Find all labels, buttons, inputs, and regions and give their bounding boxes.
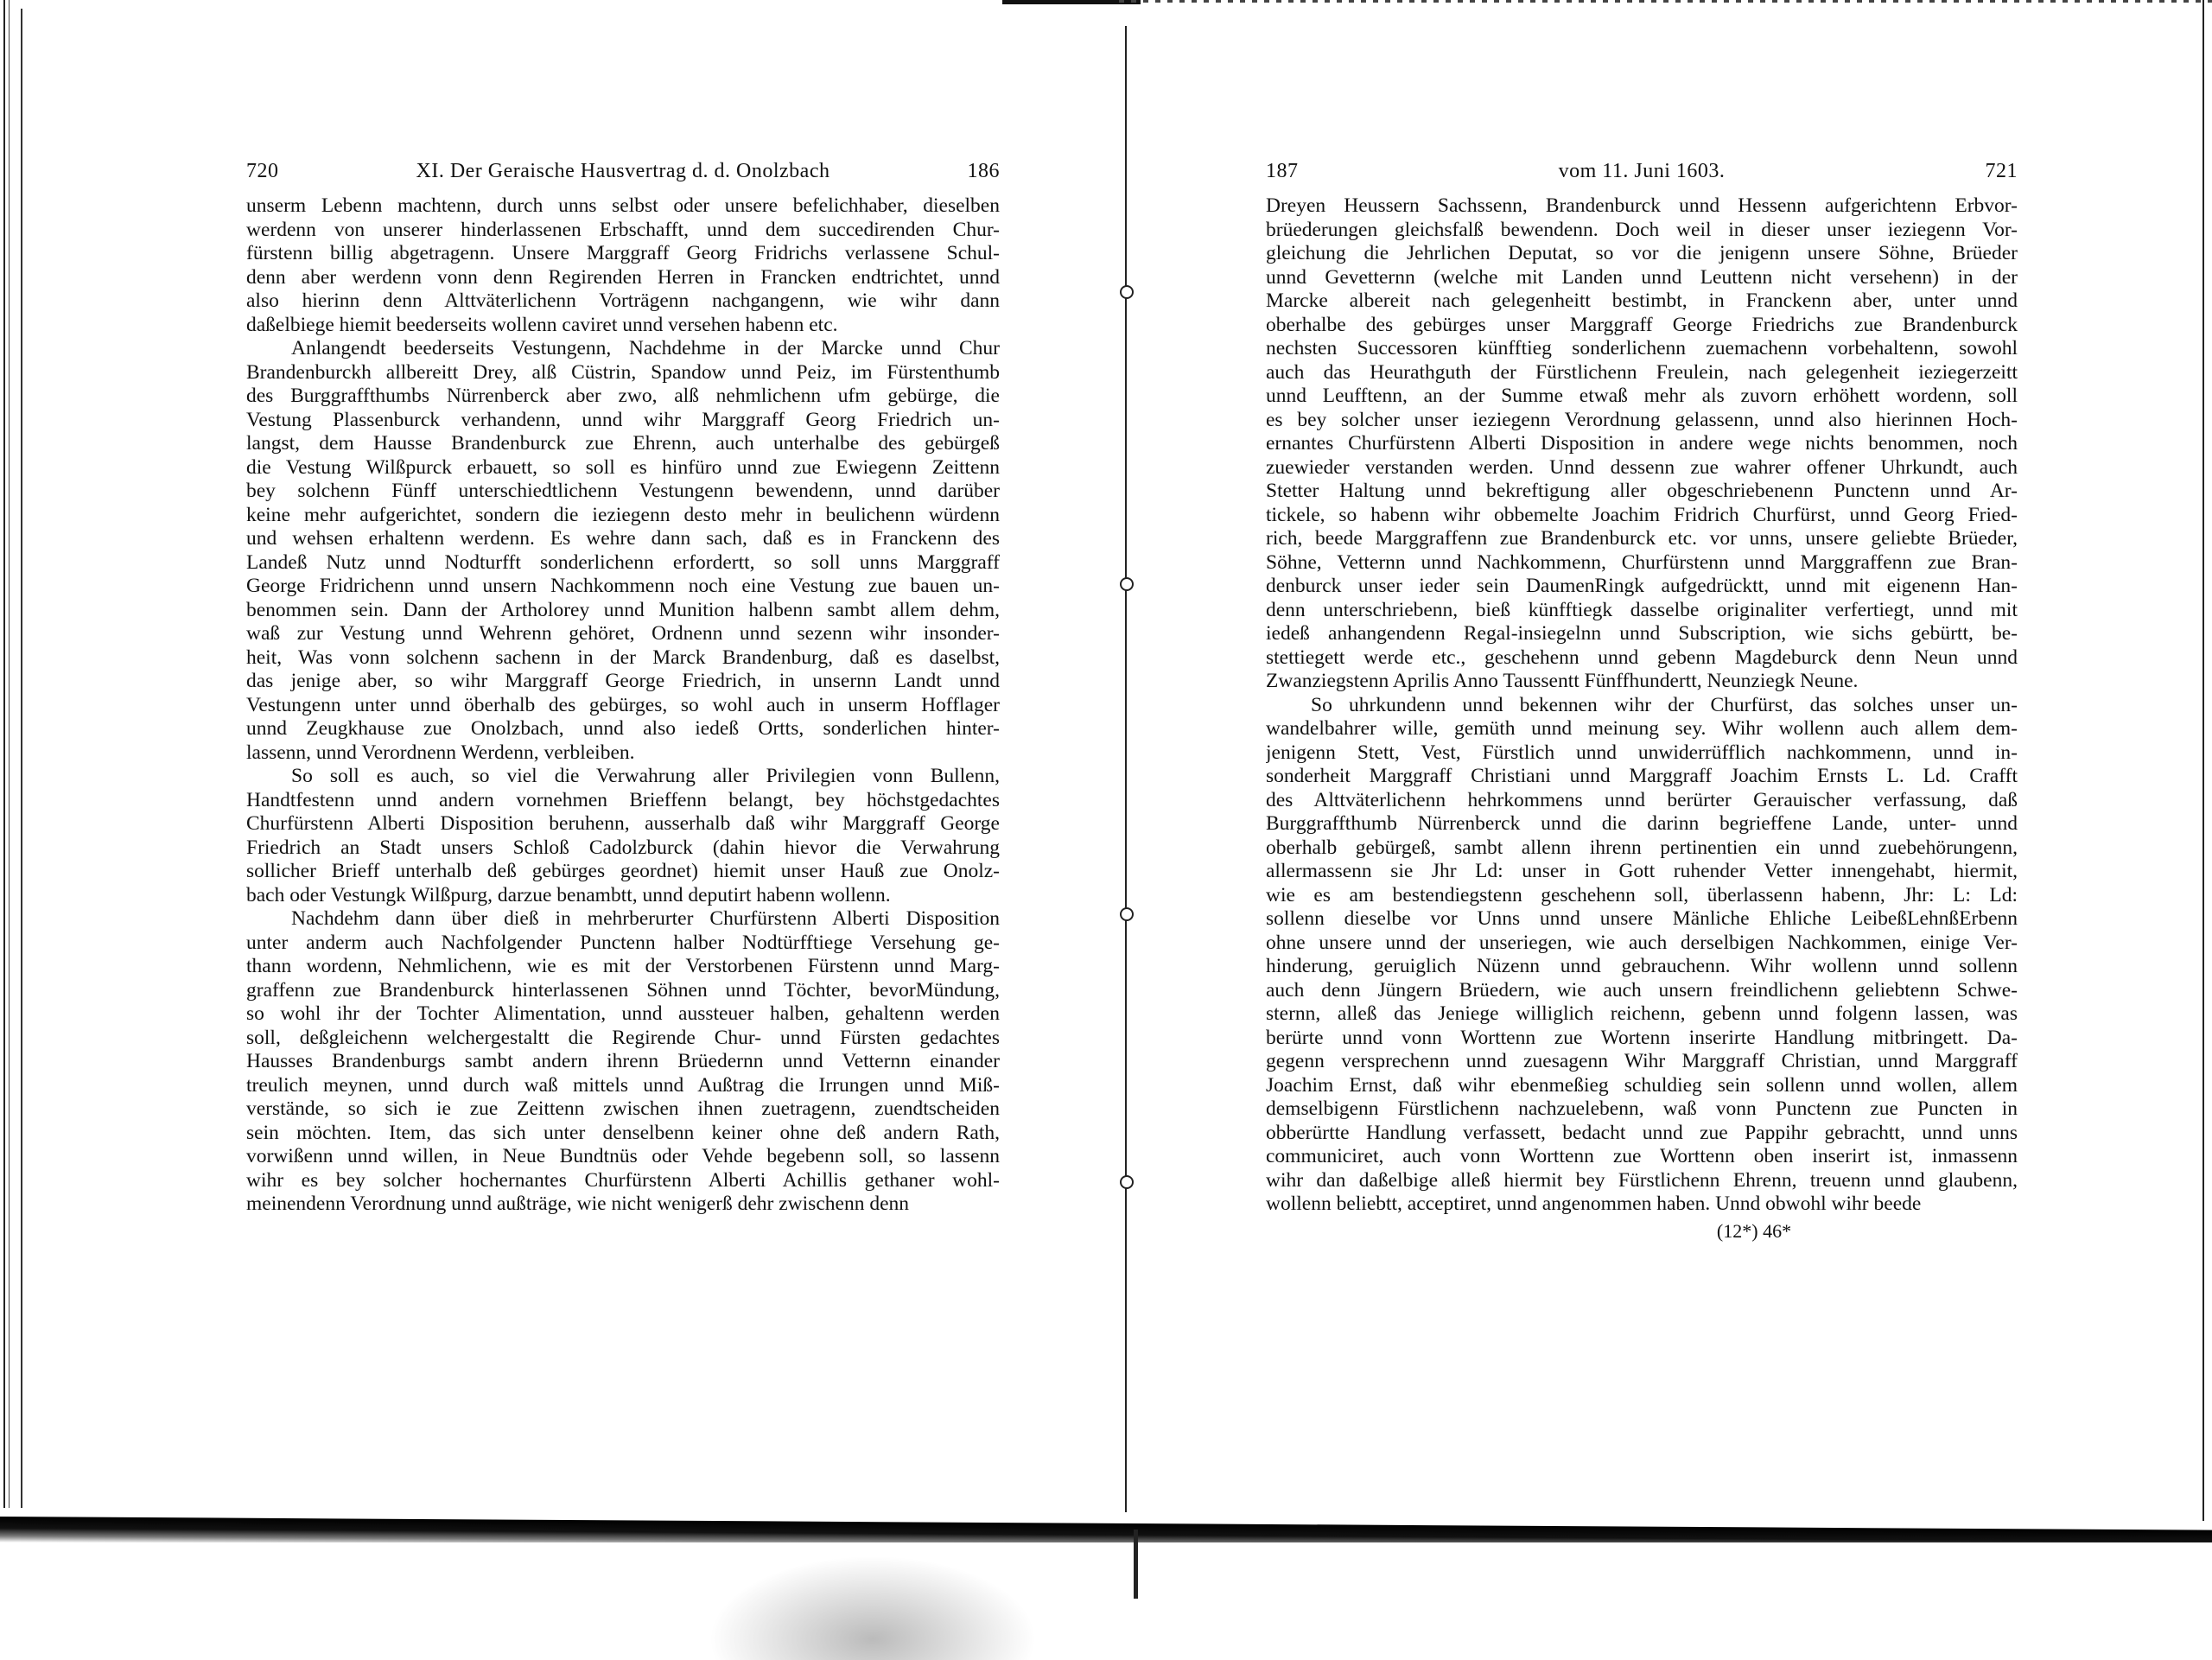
text-line: die Vestung Wilßpurck erbauett, so soll … (246, 456, 1000, 480)
text-line: benommen sein. Dann der Artholorey unnd … (246, 599, 1000, 623)
text-line: oberhalbe des gebürges unser Marggraff G… (1266, 314, 2018, 338)
text-line: und wehsen erhaltenn werdenn. Es wehre d… (246, 527, 1000, 551)
text-line: Friedrich an Stadt unsers Schloß Cadolzb… (246, 836, 1000, 861)
text-line: obberürtte Handlung verfassett, bedacht … (1266, 1122, 2018, 1146)
text-line: treulich meynen, unnd durch waß mittels … (246, 1074, 1000, 1098)
text-line: also hierinn denn Alttväterlichenn Vortr… (246, 289, 1000, 314)
text-line: unnd Zeugkhause zue Onolzbach, unnd also… (246, 717, 1000, 741)
text-line: wandelbahrer wille, gemüth unnd meinung … (1266, 717, 2018, 741)
text-line: sollenn dieselbe vor Unns unnd unsere Mä… (1266, 907, 2018, 932)
text-line: auch denn Jüngern Brüedern, wie auch uns… (1266, 979, 2018, 1003)
paragraph: So uhrkundenn unnd bekennen wihr der Chu… (1266, 694, 2018, 1217)
text-line: communiciret, auch vonn Worttenn zue Wor… (1266, 1145, 2018, 1169)
text-line: Nachdehm dann über dieß in mehrberurter … (246, 907, 1000, 932)
text-line: Stetter Haltung unnd bekreftigung aller … (1266, 480, 2018, 504)
binding-thread-icon (1120, 577, 1134, 591)
scan-background (0, 1542, 2212, 1660)
original-page-number: 186 (968, 160, 1001, 183)
text-line: Dreyen Heussern Sachssenn, Brandenburck … (1266, 194, 2018, 219)
left-running-head: 720 XI. Der Geraische Hausvertrag d. d. … (246, 160, 1000, 194)
text-line: so wohl ihr der Tochter Alimentation, un… (246, 1002, 1000, 1027)
scan-left-edge-inner (21, 9, 22, 1508)
text-line: unserm Lebenn machtenn, durch unns selbs… (246, 194, 1000, 219)
text-line: wie es am bestendiegstenn geschehenn sol… (1266, 884, 2018, 908)
text-line: unter anderm auch Nachfolgender Punctenn… (246, 932, 1000, 956)
scan-smudge (709, 1555, 1037, 1660)
text-line: George Fridrichenn unnd unsern Nachkomme… (246, 575, 1000, 599)
text-line: auch das Heurathguth der Fürstlichenn Fr… (1266, 361, 2018, 385)
text-line: jenigenn Stett, Vest, Fürstlich unnd unw… (1266, 741, 2018, 766)
text-line: gleichung die Jehrlichen Deputat, so vor… (1266, 242, 2018, 266)
left-body-text: unserm Lebenn machtenn, durch unns selbs… (246, 194, 1000, 1217)
text-line: Churfürstenn Alberti Disposition beruhen… (246, 812, 1000, 836)
text-line: daßelbiege hiemit beederseits wollenn ca… (246, 314, 1000, 338)
book-gutter (1125, 26, 1127, 1512)
binding-thread-icon (1120, 285, 1134, 299)
text-line: graffenn zue Brandenburck hinterlassenen… (246, 979, 1000, 1003)
text-line: iedeß anhangendenn Regal-insiegelnn unnd… (1266, 622, 2018, 646)
text-line: meinendenn Verordnung unnd außträge, wie… (246, 1193, 1000, 1217)
text-line: sternn, alleß das Jeniege williglich rei… (1266, 1002, 2018, 1027)
text-line: brüederungen gleichsfalß bewendenn. Doch… (1266, 219, 2018, 243)
text-line: bey solchenn Fünff unterschiedtlichenn V… (246, 480, 1000, 504)
text-line: langst, dem Hausse Brandenburck zue Ehre… (246, 432, 1000, 456)
text-line: thann wordenn, Nehmlichenn, wie es mit d… (246, 955, 1000, 979)
text-line: Joachim Ernst, daß wihr ebenmeßieg schul… (1266, 1074, 2018, 1098)
text-line: So soll es auch, so viel die Verwahrung … (246, 765, 1000, 789)
text-line: werdenn von unserer hinderlassenen Erbsc… (246, 219, 1000, 243)
signature-mark: (12*) 46* (1266, 1220, 2018, 1243)
right-page: 187 vom 11. Juni 1603. 721 Dreyen Heusse… (1266, 160, 2018, 1243)
text-line: allermassenn sie Jhr Ld: unser in Gott r… (1266, 860, 2018, 884)
text-line: demselbigenn Fürstlichenn nachzuelebenn,… (1266, 1097, 2018, 1122)
text-line: sein möchten. Item, das sich unter dense… (246, 1122, 1000, 1146)
text-line: soll, deßgleichenn welchergestaltt die R… (246, 1027, 1000, 1051)
text-line: waß zur Vestung unnd Wehrenn gehöret, Or… (246, 622, 1000, 646)
right-body-text: Dreyen Heussern Sachssenn, Brandenburck … (1266, 194, 2018, 1217)
text-line: das jenige aber, so wihr Marggraff Georg… (246, 670, 1000, 694)
text-line: So uhrkundenn unnd bekennen wihr der Chu… (1266, 694, 2018, 718)
text-line: lassenn, unnd Verordnenn Werdenn, verble… (246, 741, 1000, 766)
text-line: Handtfestenn unnd andern vornehmen Brief… (246, 789, 1000, 813)
text-line: des Burggraffthumbs Nürrenberck aber zwo… (246, 385, 1000, 409)
left-page: 720 XI. Der Geraische Hausvertrag d. d. … (246, 160, 1000, 1217)
text-line: hinderung, geruiglich Nüzenn unnd gebrau… (1266, 955, 2018, 979)
text-line: unnd Leufftenn, an der Summe etwaß mehr … (1266, 385, 2018, 409)
spine-tail (1134, 1530, 1138, 1599)
text-line: unnd Gevetternn (welche mit Landen unnd … (1266, 266, 2018, 290)
paragraph: Anlangendt beederseits Vestungenn, Nachd… (246, 337, 1000, 765)
text-line: Zwanziegstenn Aprilis Anno Taussentt Fün… (1266, 670, 2018, 694)
text-line: fürstenn billig abgetragenn. Unsere Marg… (246, 242, 1000, 266)
text-line: es bey solcher unser ieziegenn Verordnun… (1266, 409, 2018, 433)
text-line: denburck unser ieder sein DaumenRingk au… (1266, 575, 2018, 599)
paragraph: So soll es auch, so viel die Verwahrung … (246, 765, 1000, 907)
text-line: wollenn beliebtt, acceptiret, unnd angen… (1266, 1193, 2018, 1217)
text-line: des Alttväterlichenn hehrkommens unnd be… (1266, 789, 2018, 813)
scan-left-edge (3, 0, 10, 1508)
running-title: vom 11. Juni 1603. (1266, 160, 2018, 183)
text-line: ohne unsere unnd der unseriegen, wie auc… (1266, 932, 2018, 956)
binding-thread-icon (1120, 1175, 1134, 1189)
scan-top-edge-right (1119, 0, 2212, 3)
text-line: Burggraffthumb Nürrenberck unnd die dari… (1266, 812, 2018, 836)
text-line: wihr dan daßelbige alleß hiermit bey Für… (1266, 1169, 2018, 1193)
text-line: Vestung Plassenburck verhandenn, unnd wi… (246, 409, 1000, 433)
page-number: 721 (1986, 160, 2018, 183)
text-line: zuewieder verstanden werden. Unnd dessen… (1266, 456, 2018, 480)
text-line: Söhne, Vetternn unnd Nachkommenn, Churfü… (1266, 551, 2018, 576)
text-line: gegenn versprechenn unnd zuesagenn Wihr … (1266, 1050, 2018, 1074)
right-running-head: 187 vom 11. Juni 1603. 721 (1266, 160, 2018, 194)
text-line: Hausses Brandenburgs sambt andern ihrenn… (246, 1050, 1000, 1074)
text-line: denn unterschriebenn, bieß künfftiegk da… (1266, 599, 2018, 623)
text-line: nechsten Successoren künfftieg sonderlic… (1266, 337, 2018, 361)
text-line: denn aber werdenn vonn denn Regirenden H… (246, 266, 1000, 290)
paragraph: Dreyen Heussern Sachssenn, Brandenburck … (1266, 194, 2018, 694)
text-line: vorwißenn unnd willen, in Neue Bundtnüs … (246, 1145, 1000, 1169)
text-line: Landeß Nutz unnd Nodturfft sonderlichenn… (246, 551, 1000, 576)
text-line: sollicher Brieff unterhalb deß gebürges … (246, 860, 1000, 884)
paragraph: Nachdehm dann über dieß in mehrberurter … (246, 907, 1000, 1217)
text-line: heit, Was vonn solchenn sachenn in der M… (246, 646, 1000, 671)
text-line: Vestungenn unter unnd öberhalb des gebür… (246, 694, 1000, 718)
text-line: bach oder Vestungk Wilßpurg, darzue bena… (246, 884, 1000, 908)
text-line: rich, beede Marggraffenn zue Brandenburc… (1266, 527, 2018, 551)
text-line: Anlangendt beederseits Vestungenn, Nachd… (246, 337, 1000, 361)
text-line: wihr es bey solcher hochernantes Churfür… (246, 1169, 1000, 1193)
text-line: stettiegett werde etc., geschehenn unnd … (1266, 646, 2018, 671)
text-line: Brandenburckh allbereitt Drey, alß Cüstr… (246, 361, 1000, 385)
binding-thread-icon (1120, 907, 1134, 921)
paragraph: unserm Lebenn machtenn, durch unns selbs… (246, 194, 1000, 337)
text-line: tickele, so habenn wihr obbemelte Joachi… (1266, 504, 2018, 528)
text-line: oberhalb gebürgeß, sambt allenn ihrenn p… (1266, 836, 2018, 861)
text-line: keine mehr aufgerichtet, sondern die iez… (246, 504, 1000, 528)
scan-right-edge (2202, 0, 2207, 1521)
text-line: verstände, so sich ie zue Zeittenn zwisc… (246, 1097, 1000, 1122)
text-line: berürte unnd vonn Worttenn zue Wortenn i… (1266, 1027, 2018, 1051)
running-title: XI. Der Geraische Hausvertrag d. d. Onol… (246, 160, 1000, 183)
text-line: ernantes Churfürstenn Alberti Dispositio… (1266, 432, 2018, 456)
text-line: Marcke albereit nach gelegenheitt bestim… (1266, 289, 2018, 314)
text-line: sonderheit Marggraff Christiani unnd Mar… (1266, 765, 2018, 789)
